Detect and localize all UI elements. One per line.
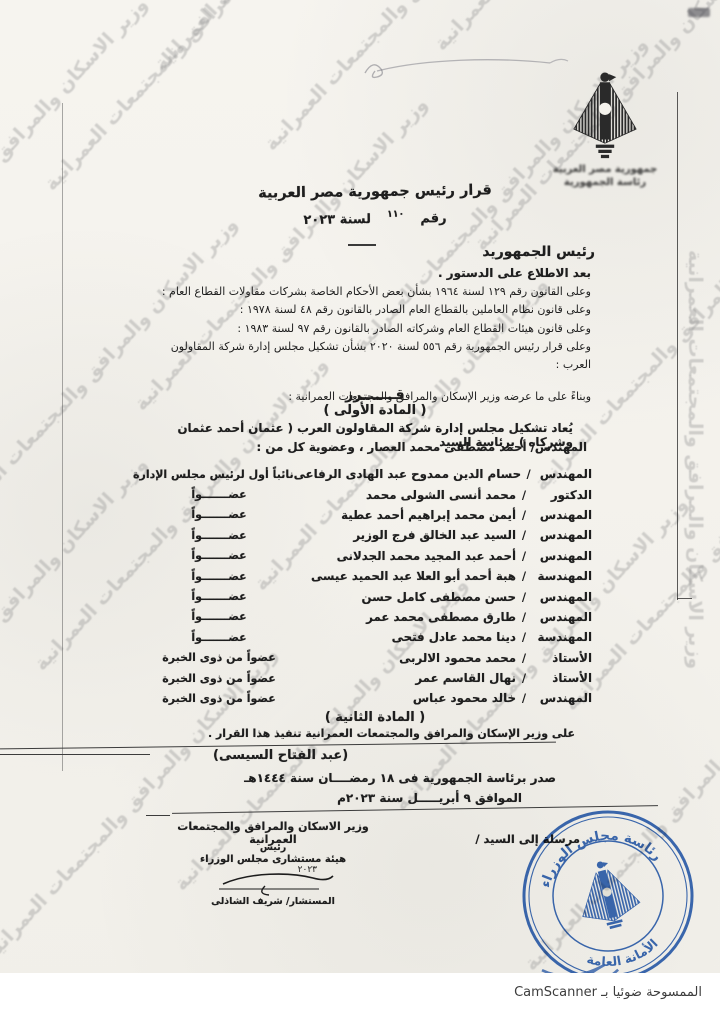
member-name: أحمد عبد المجيد محمد الجدلانى [305,549,516,563]
member-title: المهندس [532,508,592,522]
member-role: عضـــــــواً [133,631,305,644]
horizontal-rule-short [0,754,150,755]
counselor-signature: ٢٠٢٣ [205,862,345,896]
decree-number: ١١٠ [387,209,405,220]
decree-year: لسنة ٢٠٢٣ [303,212,371,228]
emblem-country: جمهورية مصر العربية [540,163,670,176]
slash-separator: / [516,508,532,522]
member-title: المهندس [532,549,592,563]
member-role: عضـــــــواً [133,570,305,583]
member-title: المهندس [532,528,592,542]
board-members-list: المهندس/حسام الدين ممدوح عبد الهادى الرف… [133,464,592,709]
president-heading: رئيس الجمهوريد [155,244,595,260]
decision-word: قـــــــرر [155,387,595,403]
watermark-text: وزير الاسكان والمرافق والمجتمعات العمران… [0,453,152,775]
slash-separator: / [516,569,532,583]
board-member-row: المهندس/أيمن محمد إبراهيم أحمد عطيةعضـــ… [133,505,592,525]
member-name: خالد محمود عباس [305,691,516,705]
article1-intro-line2: المهندس/ أحمد مصطفى محمد العصار ، وعضوية… [135,440,587,454]
member-title: الأستاذ [532,651,592,665]
member-name: السيد عبد الخالق فرج الوزير [305,528,516,542]
slash-separator: / [516,590,532,604]
member-name: طارق مصطفى محمد عمر [305,610,516,624]
member-title: المهندسة [532,630,592,644]
law-line: وعلى قرار رئيس الجمهورية رقم ٥٥٦ لسنة ٢٠… [157,338,591,375]
counselor-name: المستشار/ شريف الشاذلى [172,896,374,907]
signature-year: ٢٠٢٣ [298,865,318,875]
scan-footer: الممسوحة ضوئيا بـ CamScanner [0,973,720,1019]
board-member-row: المهندس/أحمد عبد المجيد محمد الجدلانىعضـ… [133,546,592,566]
eagle-emblem-icon [568,70,642,162]
slash-separator: / [516,549,532,563]
member-name: حسام الدين ممدوح عبد الهادى الرفاعى [294,467,522,481]
constitution-line: بعد الاطلاع على الدستور . [155,266,591,280]
member-title: الدكتور [532,488,592,502]
member-name: نهال القاسم عمر [305,671,516,685]
slash-separator: / [516,691,532,705]
member-name: دينا محمد عادل فتحى [305,630,516,644]
slash-separator: / [516,630,532,644]
slash-separator: / [521,467,536,481]
member-title: المهندس [532,590,592,604]
member-name: حسن مصطفى كامل حسن [305,590,516,604]
member-title: المهندس [532,691,592,705]
member-role: عضواً من ذوى الخبرة [133,651,305,664]
law-line: وعلى قانون نظام العاملين بالقطاع العام ا… [135,301,591,319]
watermark-text: وزير الاسكان والمرافق والمجتمعات العمران… [0,0,152,315]
chairman-label: رئيس [172,842,374,853]
member-name: هبة أحمد أبو العلا عبد الحميد عيسى [305,569,516,583]
president-signature-name: (عبد الفتاح السيسى) [213,748,348,763]
slash-separator: / [516,651,532,665]
corner-smudge [688,8,710,17]
member-role: عضـــــــواً [133,488,305,501]
slash-separator: / [516,671,532,685]
article2-title: ( المادة الثانية ) [155,710,595,725]
member-name: أيمن محمد إبراهيم أحمد عطية [305,508,516,522]
board-member-row: المهندس/حسن مصطفى كامل حسنعضـــــــواً [133,586,592,606]
issuance-line-hijri: صدر برئاسة الجمهورية فى ١٨ رمضــــان سنة… [150,771,556,785]
board-member-row: الدكتور/محمد أنسى الشولى محمدعضـــــــوا… [133,484,592,504]
member-title: المهندسة [532,569,592,583]
article2-body: على وزير الإسكان والمرافق والمجتمعات الع… [135,727,591,740]
slash-separator: / [516,610,532,624]
issuance-line-gregorian: الموافق ٩ أبريـــــل سنة ٢٠٢٣م [150,791,556,805]
watermark-text-vertical: وزير الاسكان والمرافق والمجتمعات العمران… [684,250,706,669]
page-fold-line-left [62,103,63,771]
decree-number-line: رقم١١٠لسنة ٢٠٢٣ [155,209,595,230]
member-role: عضواً من ذوى الخبرة [133,692,305,705]
member-role: عضـــــــواً [133,549,305,562]
board-member-row: المهندس/طارق مصطفى محمد عمرعضـــــــواً [133,607,592,627]
board-member-row: المهندسة/دينا محمد عادل فتحىعضـــــــواً [133,627,592,647]
member-role: عضواً من ذوى الخبرة [133,672,305,685]
decree-number-label: رقم [420,211,446,226]
member-role: عضـــــــواً [133,508,305,521]
page-edge-line-right-foot [677,598,692,599]
member-title: المهندس [536,467,592,481]
member-role: نائباً أول لرئيس مجلس الإدارة [133,468,294,481]
board-member-row: المهندس/حسام الدين ممدوح عبد الهادى الرف… [133,464,592,484]
slash-separator: / [516,528,532,542]
slash-separator: / [516,488,532,502]
member-name: محمد أنسى الشولى محمد [305,488,516,502]
board-member-row: المهندسة/هبة أحمد أبو العلا عبد الحميد ع… [133,566,592,586]
dash-mark [146,815,170,816]
member-role: عضـــــــواً [133,590,305,603]
law-line: وعلى قانون هيئات القطاع العام وشركاته ال… [135,320,591,338]
member-title: الأستاذ [532,671,592,685]
page-edge-line-right [677,92,678,600]
law-line: وعلى القانون رقم ١٢٩ لسنة ١٩٦٤ بشأن بعض … [135,283,591,301]
camscanner-note: الممسوحة ضوئيا بـ CamScanner [514,985,702,1000]
handwritten-mark [325,45,585,95]
member-name: محمد محمود الالربى [305,651,516,665]
board-member-row: الأستاذ/محمد محمود الالربىعضواً من ذوى ا… [133,648,592,668]
board-member-row: الأستاذ/نهال القاسم عمرعضواً من ذوى الخب… [133,668,592,688]
board-member-row: المهندس/السيد عبد الخالق فرج الوزيرعضـــ… [133,525,592,545]
member-title: المهندس [532,610,592,624]
watermark-text: وزير الاسكان والمرافق والمجتمعات العمران… [40,0,342,195]
board-member-row: المهندس/خالد محمود عباسعضواً من ذوى الخب… [133,688,592,708]
article1-title: ( المادة الأولى ) [155,403,595,418]
decree-title: قرار رئيس جمهورية مصر العربية [155,181,595,203]
scanned-decree-page: وزير الاسكان والمرافق والمجتمعات العمران… [0,0,720,1019]
member-role: عضـــــــواً [133,610,305,623]
member-role: عضـــــــواً [133,529,305,542]
